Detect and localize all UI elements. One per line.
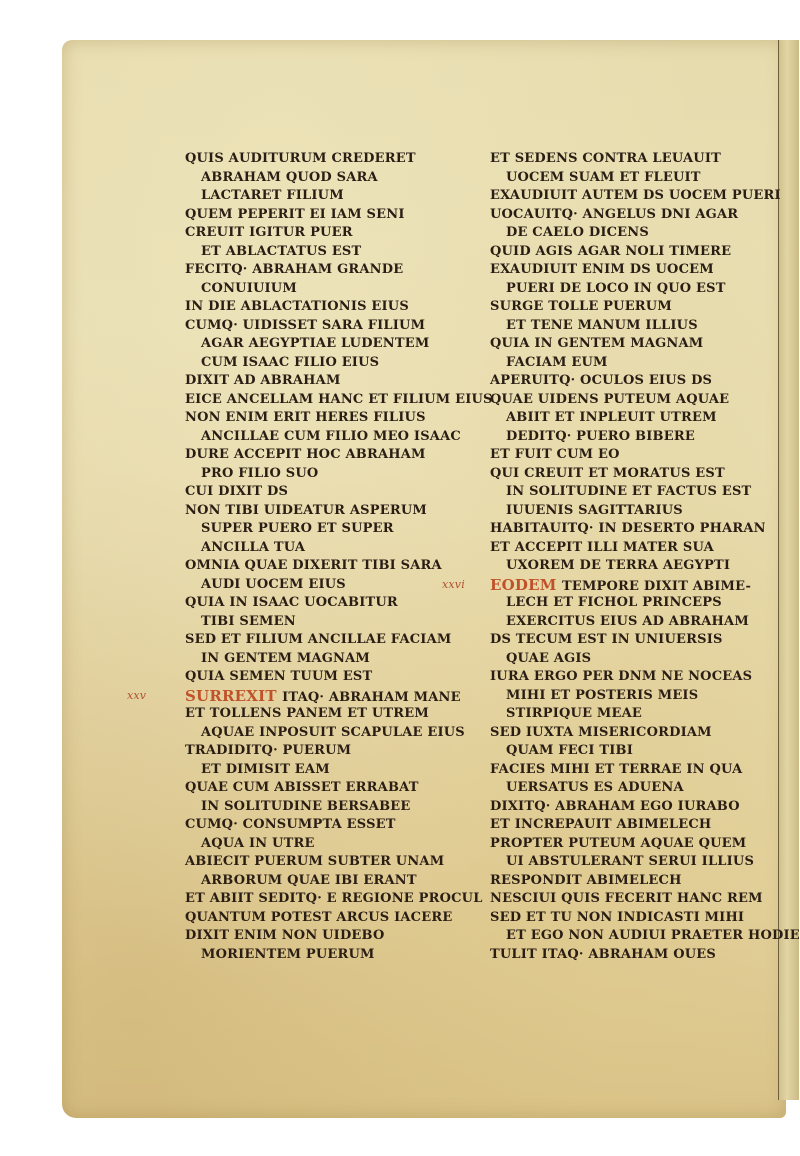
text-line: super puero et super (185, 520, 455, 539)
text-line: non tibi uideatur asperum (185, 502, 455, 521)
text-line: iura ergo per dnm ne noceas (490, 668, 780, 687)
text-line: sed et filium ancillae faciam (185, 631, 455, 650)
text-line: dixitq· abraham ego iurabo (490, 798, 780, 817)
text-line: in die ablactationis eius (185, 298, 455, 317)
text-line: surge tolle puerum (490, 298, 780, 317)
line-text: et ego non audiui praeter hodie (506, 928, 800, 943)
text-line: cui dixit ds (185, 483, 455, 502)
text-line: xxvSurrexit itaq· abraham mane (185, 687, 455, 706)
text-line: qui creuit et moratus est (490, 465, 780, 484)
text-line: dixit enim non uidebo (185, 927, 455, 946)
text-line: conuiuium (185, 280, 455, 299)
line-text: lactaret filium (201, 188, 344, 203)
line-text: aquae inposuit scapulae eius (201, 725, 465, 740)
text-line: creuit igitur puer (185, 224, 455, 243)
line-text: et abiit seditq· e regione procul (185, 891, 483, 906)
text-line: aperuitq· oculos eius ds (490, 372, 780, 391)
line-text: quia in gentem magnam (490, 336, 703, 351)
text-line: lactaret filium (185, 187, 455, 206)
line-text: eice ancellam hanc et filium eius (185, 392, 493, 407)
text-line: abiit et inpleuit utrem (490, 409, 780, 428)
line-text: et sedens contra leuauit (490, 151, 721, 166)
line-text: surge tolle puerum (490, 299, 672, 314)
line-text: quam feci tibi (506, 743, 633, 758)
line-text: lech et ficHol princeps (506, 595, 722, 610)
line-text: aperuitq· oculos eius ds (490, 373, 712, 388)
line-text: cumq· consumpta esset (185, 817, 396, 832)
text-line: et sedens contra leuauit (490, 150, 780, 169)
line-text: dixit enim non uidebo (185, 928, 384, 943)
line-text: habitauitq· in deserto pharan (490, 521, 766, 536)
text-line: deditq· puero bibere (490, 428, 780, 447)
line-text: dixitq· abraham ego iurabo (490, 799, 740, 814)
text-line: aquae inposuit scapulae eius (185, 724, 455, 743)
line-text: ancilla tua (201, 540, 305, 555)
line-text: creuit igitur puer (185, 225, 353, 240)
line-text: deditq· puero bibere (506, 429, 695, 444)
line-text: morientem puerum (201, 947, 375, 962)
line-text: itaq· abraham mane (282, 690, 461, 705)
text-line: uocauitq· angelus dni agar (490, 206, 780, 225)
line-text: exaudiuit enim ds uocem (490, 262, 714, 277)
text-line: et accepit illi mater sua (490, 539, 780, 558)
text-line: quia semen tuum est (185, 668, 455, 687)
text-line: lech et ficHol princeps (490, 594, 780, 613)
chapter-number: xxvi (442, 576, 465, 595)
line-text: respondit abimelech (490, 873, 682, 888)
text-line: tibi semen (185, 613, 455, 632)
text-line: pro filio suo (185, 465, 455, 484)
text-line: in gentem magnam (185, 650, 455, 669)
line-text: et increpauit abimelech (490, 817, 711, 832)
line-text: dure accepit hoc abraham (185, 447, 426, 462)
line-text: faciam eum (506, 355, 608, 370)
text-line: exaudiuit enim ds uocem (490, 261, 780, 280)
text-line: uocem suam et fleuit (490, 169, 780, 188)
text-line: mihi et posteris meis (490, 687, 780, 706)
text-line: et tene manum illius (490, 317, 780, 336)
text-line: quis auditurum crederet (185, 150, 455, 169)
line-text: in gentem magnam (201, 651, 370, 666)
line-text: ancillae cum filio meo isaac (201, 429, 461, 444)
text-line: agar aegyptiae ludentem (185, 335, 455, 354)
text-line: in solitudine et factus est (490, 483, 780, 502)
text-line: abraham quod sara (185, 169, 455, 188)
line-text: quae uidens puteum aquae (490, 392, 729, 407)
rubric-initial-word: Surrexit (185, 687, 282, 705)
line-text: et dimisit eam (201, 762, 330, 777)
line-text: ds tecum est in uniuersis (490, 632, 723, 647)
line-text: iuuenis sagittarius (506, 503, 683, 518)
text-line: morientem puerum (185, 946, 455, 965)
text-line: stirpique meae (490, 705, 780, 724)
text-line: eice ancellam hanc et filium eius (185, 391, 455, 410)
line-text: ui abstulerant serui illius (506, 854, 754, 869)
text-line: in solitudine bersabee (185, 798, 455, 817)
line-text: in die ablactationis eius (185, 299, 409, 314)
line-text: tibi semen (201, 614, 296, 629)
line-text: pro filio suo (201, 466, 318, 481)
text-line: faciam eum (490, 354, 780, 373)
line-text: conuiuium (201, 281, 297, 296)
line-text: uocem suam et fleuit (506, 170, 701, 185)
text-line: quantum potest arcus iacere (185, 909, 455, 928)
line-text: non tibi uideatur asperum (185, 503, 427, 518)
line-text: uxorem de terra aegypti (506, 558, 730, 573)
text-line: quae cum abisset errabat (185, 779, 455, 798)
line-text: sed et tu non indicasti mihi (490, 910, 744, 925)
line-text: quis auditurum crederet (185, 151, 416, 166)
text-line: tulit itaq· abraham oues (490, 946, 780, 965)
text-line: arborum quae ibi erant (185, 872, 455, 891)
line-text: stirpique meae (506, 706, 642, 721)
line-text: abiecit puerum subter unam (185, 854, 444, 869)
line-text: tempore dixit abime- (562, 579, 751, 594)
text-line: tradiditq· puerum (185, 742, 455, 761)
text-line: sed et tu non indicasti mihi (490, 909, 780, 928)
text-line: omnia quae dixerit tibi sara (185, 557, 455, 576)
text-line: fecitq· abraham grande (185, 261, 455, 280)
text-line: quem peperit ei iam seni (185, 206, 455, 225)
line-text: quae agis (506, 651, 591, 666)
line-text: sed iuxta misericordiam (490, 725, 712, 740)
text-line: non enim erit heres filius (185, 409, 455, 428)
line-text: in solitudine et factus est (506, 484, 751, 499)
line-text: quia semen tuum est (185, 669, 372, 684)
text-line: xxviEodem tempore dixit abime- (490, 576, 780, 595)
line-text: abraham quod sara (201, 170, 378, 185)
rubric-initial-word: Eodem (490, 576, 562, 594)
text-line: et ablactatus est (185, 243, 455, 262)
text-column-right: et sedens contra leuauituocem suam et fl… (490, 150, 780, 964)
line-text: exercitus eius ad abraham (506, 614, 749, 629)
text-line: de caelo dicens (490, 224, 780, 243)
text-column-left: quis auditurum crederetabraham quod sara… (185, 150, 455, 964)
line-text: dixit ad abraham (185, 373, 341, 388)
text-line: et fuit cum eo (490, 446, 780, 465)
text-line: propter puteum aquae quem (490, 835, 780, 854)
text-line: aqua in utre (185, 835, 455, 854)
chapter-number: xxv (127, 687, 146, 706)
text-line: cumq· uidisset sara filium (185, 317, 455, 336)
text-line: cum isaac filio eius (185, 354, 455, 373)
line-text: aqua in utre (201, 836, 315, 851)
line-text: cumq· uidisset sara filium (185, 318, 425, 333)
text-line: quid agis agar noli timere (490, 243, 780, 262)
line-text: iura ergo per dnm ne noceas (490, 669, 752, 684)
line-text: propter puteum aquae quem (490, 836, 746, 851)
text-line: et abiit seditq· e regione procul (185, 890, 455, 909)
line-text: tulit itaq· abraham oues (490, 947, 716, 962)
text-line: pueri de loco in quo est (490, 280, 780, 299)
text-line: quia in gentem magnam (490, 335, 780, 354)
text-line: quia in isaac uocabitur (185, 594, 455, 613)
text-line: et tollens panem et utrem (185, 705, 455, 724)
line-text: tradiditq· puerum (185, 743, 351, 758)
line-text: et ablactatus est (201, 244, 361, 259)
line-text: exaudiuit autem ds uocem pueri (490, 188, 781, 203)
line-text: abiit et inpleuit utrem (506, 410, 717, 425)
line-text: in solitudine bersabee (201, 799, 411, 814)
line-text: qui creuit et moratus est (490, 466, 725, 481)
text-line: ui abstulerant serui illius (490, 853, 780, 872)
line-text: super puero et super (201, 521, 394, 536)
line-text: quid agis agar noli timere (490, 244, 731, 259)
text-line: abiecit puerum subter unam (185, 853, 455, 872)
line-text: facies mihi et terrae in qua (490, 762, 742, 777)
line-text: sed et filium ancillae faciam (185, 632, 451, 647)
text-line: et ego non audiui praeter hodie (490, 927, 780, 946)
line-text: arborum quae ibi erant (201, 873, 417, 888)
line-text: et accepit illi mater sua (490, 540, 714, 555)
text-line: et increpauit abimelech (490, 816, 780, 835)
line-text: quantum potest arcus iacere (185, 910, 452, 925)
text-line: ancillae cum filio meo isaac (185, 428, 455, 447)
text-line: ancilla tua (185, 539, 455, 558)
line-text: quem peperit ei iam seni (185, 207, 405, 222)
text-line: audi uocem eius (185, 576, 455, 595)
line-text: fecitq· abraham grande (185, 262, 403, 277)
line-text: mihi et posteris meis (506, 688, 698, 703)
text-line: respondit abimelech (490, 872, 780, 891)
line-text: uocauitq· angelus dni agar (490, 207, 738, 222)
text-line: habitauitq· in deserto pharan (490, 520, 780, 539)
line-text: quia in isaac uocabitur (185, 595, 398, 610)
text-line: dure accepit hoc abraham (185, 446, 455, 465)
line-text: pueri de loco in quo est (506, 281, 726, 296)
text-line: nesciui quis fecerit hanc rem (490, 890, 780, 909)
line-text: cum isaac filio eius (201, 355, 379, 370)
text-line: dixit ad abraham (185, 372, 455, 391)
line-text: et tollens panem et utrem (185, 706, 429, 721)
text-line: cumq· consumpta esset (185, 816, 455, 835)
line-text: non enim erit heres filius (185, 410, 426, 425)
text-line: facies mihi et terrae in qua (490, 761, 780, 780)
text-line: uxorem de terra aegypti (490, 557, 780, 576)
text-line: quam feci tibi (490, 742, 780, 761)
text-line: sed iuxta misericordiam (490, 724, 780, 743)
line-text: agar aegyptiae ludentem (201, 336, 429, 351)
line-text: nesciui quis fecerit hanc rem (490, 891, 763, 906)
text-line: quae agis (490, 650, 780, 669)
text-line: iuuenis sagittarius (490, 502, 780, 521)
line-text: cui dixit ds (185, 484, 288, 499)
text-line: uersatus es aduena (490, 779, 780, 798)
line-text: omnia quae dixerit tibi sara (185, 558, 442, 573)
line-text: audi uocem eius (201, 577, 346, 592)
line-text: uersatus es aduena (506, 780, 684, 795)
line-text: quae cum abisset errabat (185, 780, 419, 795)
line-text: de caelo dicens (506, 225, 649, 240)
text-line: exaudiuit autem ds uocem pueri (490, 187, 780, 206)
line-text: et tene manum illius (506, 318, 698, 333)
line-text: et fuit cum eo (490, 447, 620, 462)
text-line: quae uidens puteum aquae (490, 391, 780, 410)
text-line: et dimisit eam (185, 761, 455, 780)
text-line: exercitus eius ad abraham (490, 613, 780, 632)
text-line: ds tecum est in uniuersis (490, 631, 780, 650)
